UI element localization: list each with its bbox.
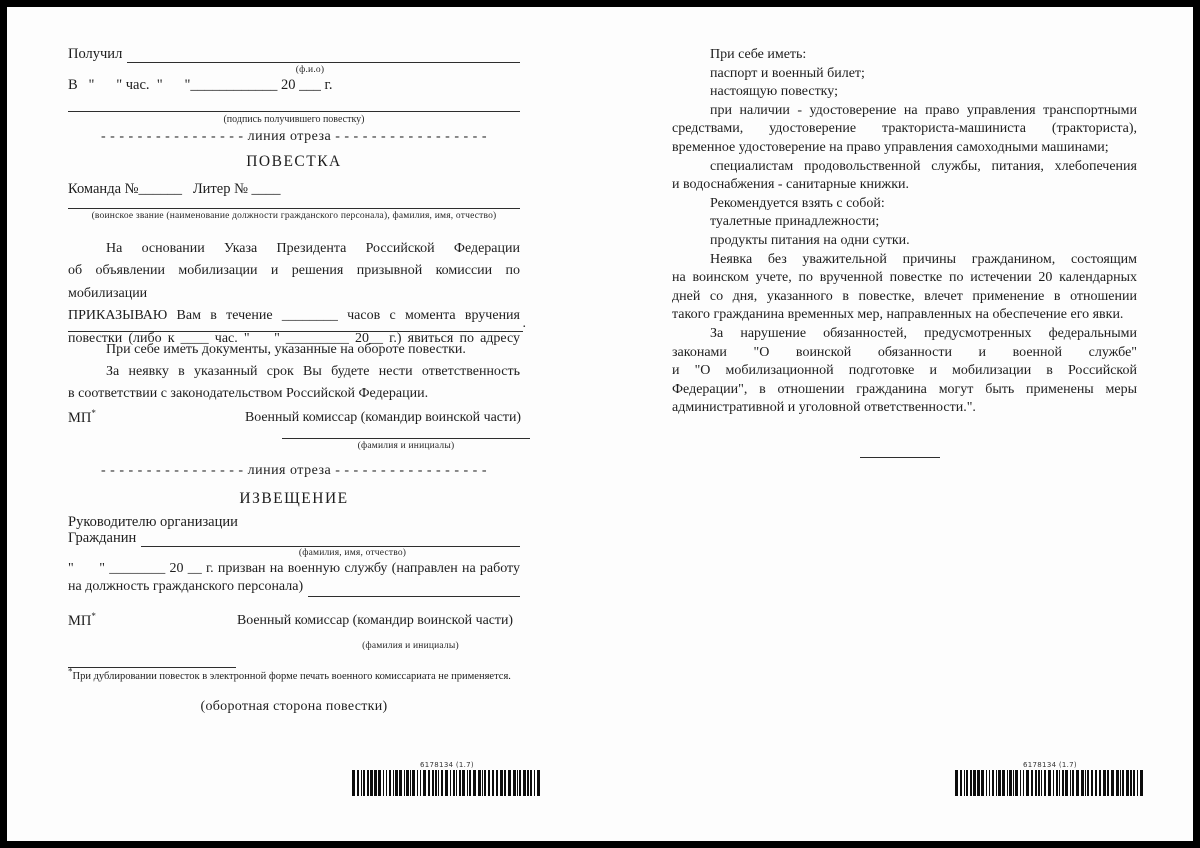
mp-stamp-label: МП* xyxy=(68,410,96,426)
mp-text: МП xyxy=(68,613,91,629)
back-text-line: административной и уголовной ответственн… xyxy=(672,399,1137,418)
mp-stamp-label: МП* xyxy=(68,613,96,629)
barcode-number: 6178134 (1.7) xyxy=(352,761,542,770)
signature-divider xyxy=(68,111,520,112)
order-paragraph-line: На основании Указа Президента Российской… xyxy=(68,238,520,260)
back-text-line: законами "О воинской обязанности и военн… xyxy=(672,344,1137,363)
drafted-line: " " ________ 20 __ г. призван на военную… xyxy=(68,560,520,579)
rank-caption: (воинское звание (наименование должности… xyxy=(68,211,520,221)
barcode-number: 6178134 (1.7) xyxy=(955,761,1145,770)
signature-caption: (подпись получившего повестку) xyxy=(68,114,520,125)
cut-line-top: - - - - - - - - - - - - - - - - линия от… xyxy=(68,129,520,145)
back-text-line: и водоснабжения - санитарные книжки. xyxy=(672,176,1137,195)
responsibility-line: в соответствии с законодательством Росси… xyxy=(68,383,520,405)
cut-line-middle: - - - - - - - - - - - - - - - - линия от… xyxy=(68,463,520,479)
asterisk-mark: * xyxy=(91,611,96,621)
barcode xyxy=(352,770,542,796)
barcode xyxy=(955,770,1145,796)
address-period: . xyxy=(523,316,527,332)
received-label: Получил xyxy=(68,46,122,63)
received-row: Получил xyxy=(68,46,520,63)
barcode-block: 6178134 (1.7) xyxy=(352,761,542,796)
address-blank-line xyxy=(68,317,523,332)
citizen-blank-line xyxy=(141,532,520,547)
datetime-line: В " " час. " "____________ 20 ___ г. xyxy=(68,77,520,94)
address-row: . xyxy=(68,316,526,332)
citizen-label: Гражданин xyxy=(68,530,136,547)
back-text-line: дней со дня, указанного в повестке, влеч… xyxy=(672,288,1137,307)
citizen-row: Гражданин xyxy=(68,530,520,547)
mp-text: МП xyxy=(68,410,91,426)
footnote-rule xyxy=(68,667,236,668)
drafted-blank-line xyxy=(308,582,520,597)
back-text-line: на воинском учете, по врученной повестке… xyxy=(672,269,1137,288)
back-text-line: Федерации", в отношении гражданина могут… xyxy=(672,381,1137,400)
commissar-label: Военный комиссар (командир воинской част… xyxy=(245,410,521,426)
org-head-label: Руководителю организации xyxy=(68,514,520,531)
back-text-line: средствами, удостоверение тракториста-ма… xyxy=(672,120,1137,139)
drafted-row: на должность гражданского персонала) xyxy=(68,578,520,597)
back-text-line: За нарушение обязанностей, предусмотренн… xyxy=(672,325,1137,344)
back-text-line: Рекомендуется взять с собой: xyxy=(672,195,1137,214)
back-page-text: При себе иметь:паспорт и военный билет;н… xyxy=(672,46,1137,418)
footnote: *При дублировании повесток в электронной… xyxy=(68,671,528,682)
responsibility-line: За неявку в указанный срок Вы будете нес… xyxy=(68,361,520,383)
stamp-commissar-row: МП* Военный комиссар (командир воинской … xyxy=(68,612,530,632)
name-caption: (фамилия и инициалы) xyxy=(348,641,473,651)
team-line: Команда №______ Литер № ____ xyxy=(68,181,520,198)
back-text-line: При себе иметь: xyxy=(672,46,1137,65)
notice-title: ИЗВЕЩЕНИЕ xyxy=(68,490,520,508)
rank-divider xyxy=(68,208,520,209)
name-caption: (фамилия и инициалы) xyxy=(282,441,530,451)
divider-line xyxy=(860,457,940,458)
order-paragraph-line: об объявлении мобилизации и решения приз… xyxy=(68,260,520,305)
commissar-signature-line xyxy=(282,438,530,439)
received-blank-line xyxy=(127,48,520,63)
summons-title: ПОВЕСТКА xyxy=(68,153,520,171)
footnote-text: При дублировании повесток в электронной … xyxy=(73,671,511,682)
back-text-line: паспорт и военный билет; xyxy=(672,65,1137,84)
stamp-commissar-row: МП* Военный комиссар (командир воинской … xyxy=(68,409,530,429)
responsibility-paragraph: За неявку в указанный срок Вы будете нес… xyxy=(68,361,520,406)
fio-caption: (ф.и.о) xyxy=(240,65,380,75)
scanned-summons-document: { "left": { "received_label": "Получил",… xyxy=(0,0,1200,848)
order-paragraph: На основании Указа Президента Российской… xyxy=(68,238,520,350)
citizen-caption: (фамилия, имя, отчество) xyxy=(270,548,435,558)
back-text-line: настоящую повестку; xyxy=(672,83,1137,102)
barcode-block: 6178134 (1.7) xyxy=(955,761,1145,796)
back-text-line: специалистам продовольственной службы, п… xyxy=(672,158,1137,177)
back-text-line: Неявка без уважительной причины граждани… xyxy=(672,251,1137,270)
back-text-line: продукты питания на одни сутки. xyxy=(672,232,1137,251)
commissar-label: Военный комиссар (командир воинской част… xyxy=(237,613,513,629)
back-text-line: такого гражданина временных мер, направл… xyxy=(672,306,1137,325)
asterisk-mark: * xyxy=(91,408,96,418)
back-side-caption: (оборотная сторона повестки) xyxy=(68,699,520,715)
back-text-line: туалетные принадлежности; xyxy=(672,213,1137,232)
back-text-line: временное удостоверение на право управле… xyxy=(672,139,1137,158)
drafted-line: на должность гражданского персонала) xyxy=(68,578,303,597)
back-text-line: при наличии - удостоверение на право упр… xyxy=(672,102,1137,121)
back-text-line: и "О мобилизационной подготовке и мобили… xyxy=(672,362,1137,381)
docs-line: При себе иметь документы, указанные на о… xyxy=(68,341,520,360)
